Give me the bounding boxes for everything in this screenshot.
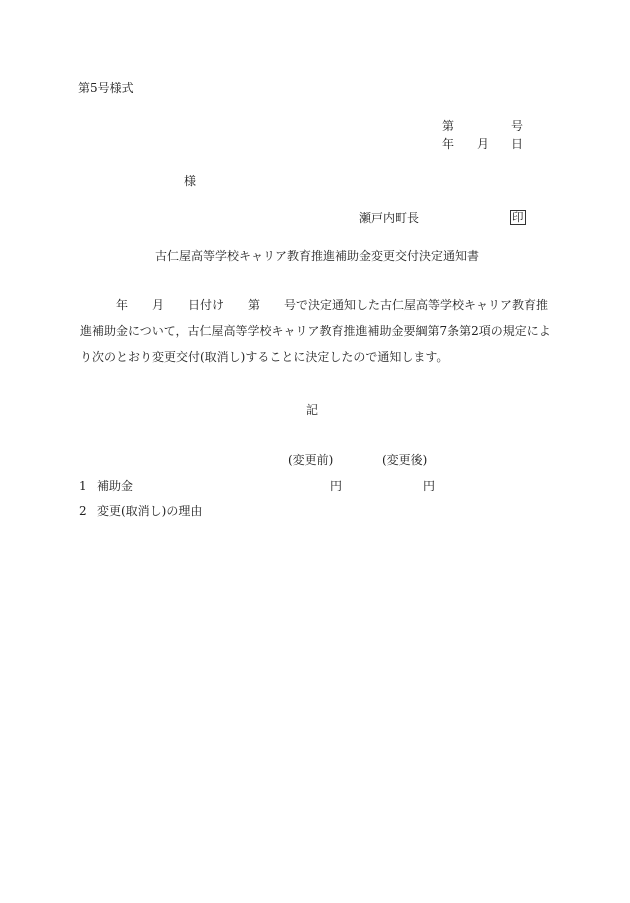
doc-number-suffix: 号 (511, 119, 523, 133)
column-before: (変更前) (288, 453, 333, 467)
body-paragraph: 年 月 日付け 第 号で決定通知した古仁屋高等学校キャリア教育推 進補助金につい… (80, 292, 525, 370)
issuer-name: 瀬戸内町長 (359, 211, 419, 225)
seal-icon: 印 (510, 210, 526, 225)
date-day: 日 (511, 137, 523, 151)
ki-heading: 記 (306, 403, 318, 417)
body-line-3: り次のとおり変更交付(取消し)することに決定したので通知します。 (80, 344, 525, 370)
addressee-suffix: 様 (184, 174, 196, 188)
item-2-label: 変更(取消し)の理由 (97, 504, 202, 518)
form-number: 第5号様式 (78, 81, 134, 95)
seal-mark: 印 (510, 210, 526, 225)
document-title: 古仁屋高等学校キャリア教育推進補助金変更交付決定通知書 (155, 249, 479, 263)
body-line-2: 進補助金について，古仁屋高等学校キャリア教育推進補助金要綱第7条第2項の規定によ (80, 318, 525, 344)
item-1-after-unit: 円 (423, 479, 435, 493)
column-after: (変更後) (382, 453, 427, 467)
item-1-before-unit: 円 (330, 479, 342, 493)
date-year: 年 (442, 137, 454, 151)
doc-number-prefix: 第 (442, 119, 454, 133)
document-page: 第5号様式 第 号 年 月 日 様 瀬戸内町長 印 古仁屋高等学校キャリア教育推… (0, 0, 630, 903)
body-line-1: 年 月 日付け 第 号で決定通知した古仁屋高等学校キャリア教育推 (80, 292, 525, 318)
item-2-number: 2 (79, 504, 87, 518)
item-1-number: 1 (79, 479, 87, 493)
date-month: 月 (477, 137, 489, 151)
item-1-label: 補助金 (97, 479, 133, 493)
